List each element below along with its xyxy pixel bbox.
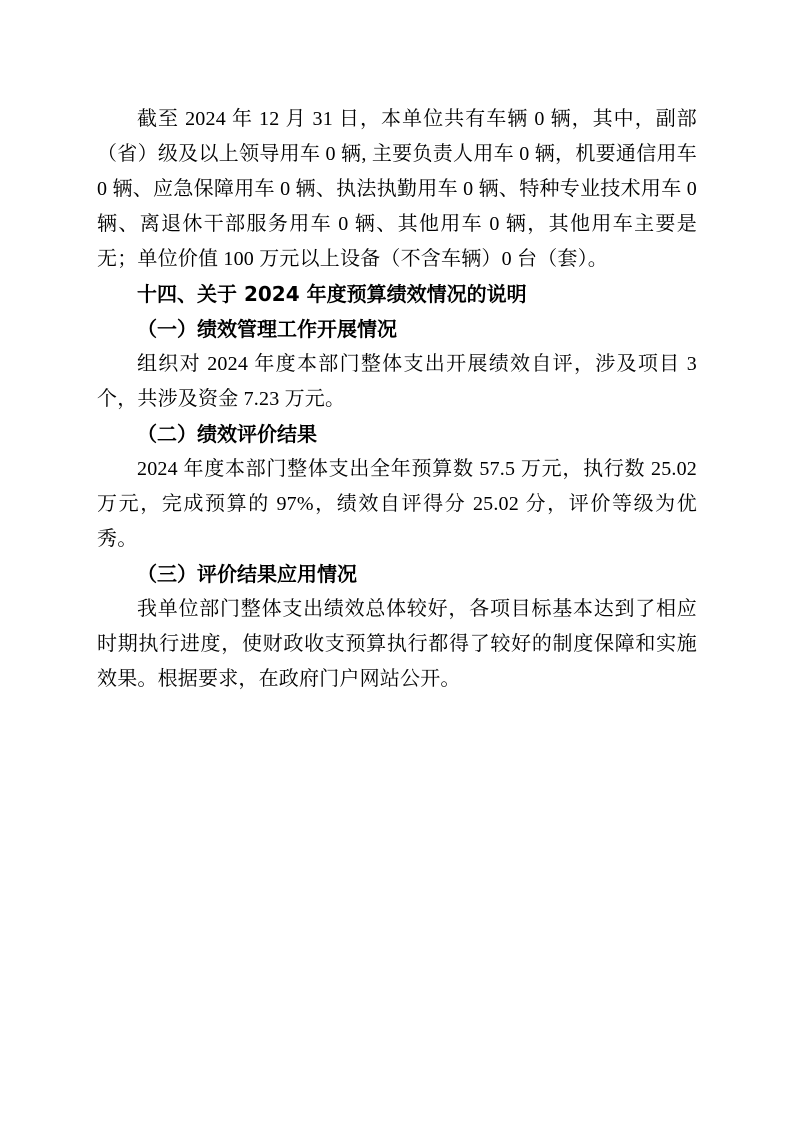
- paragraph-result-application: 我单位部门整体支出绩效总体较好，各项目标基本达到了相应时期执行进度，使财政收支预…: [97, 592, 697, 697]
- document-content: 截至 2024 年 12 月 31 日，本单位共有车辆 0 辆，其中，副部（省）…: [97, 102, 697, 697]
- heading-section-14-budget-performance: 十四、关于 2024 年度预算绩效情况的说明: [97, 277, 697, 312]
- paragraph-vehicle-assets: 截至 2024 年 12 月 31 日，本单位共有车辆 0 辆，其中，副部（省）…: [97, 102, 697, 277]
- subheading-3-result-application: （三）评价结果应用情况: [97, 557, 697, 592]
- paragraph-evaluation-results: 2024 年度本部门整体支出全年预算数 57.5 万元，执行数 25.02 万元…: [97, 452, 697, 557]
- paragraph-self-evaluation: 组织对 2024 年度本部门整体支出开展绩效自评，涉及项目 3 个，共涉及资金 …: [97, 347, 697, 417]
- subheading-1-performance-management: （一）绩效管理工作开展情况: [97, 312, 697, 347]
- subheading-2-evaluation-results: （二）绩效评价结果: [97, 417, 697, 452]
- document-page: 截至 2024 年 12 月 31 日，本单位共有车辆 0 辆，其中，副部（省）…: [0, 0, 793, 1122]
